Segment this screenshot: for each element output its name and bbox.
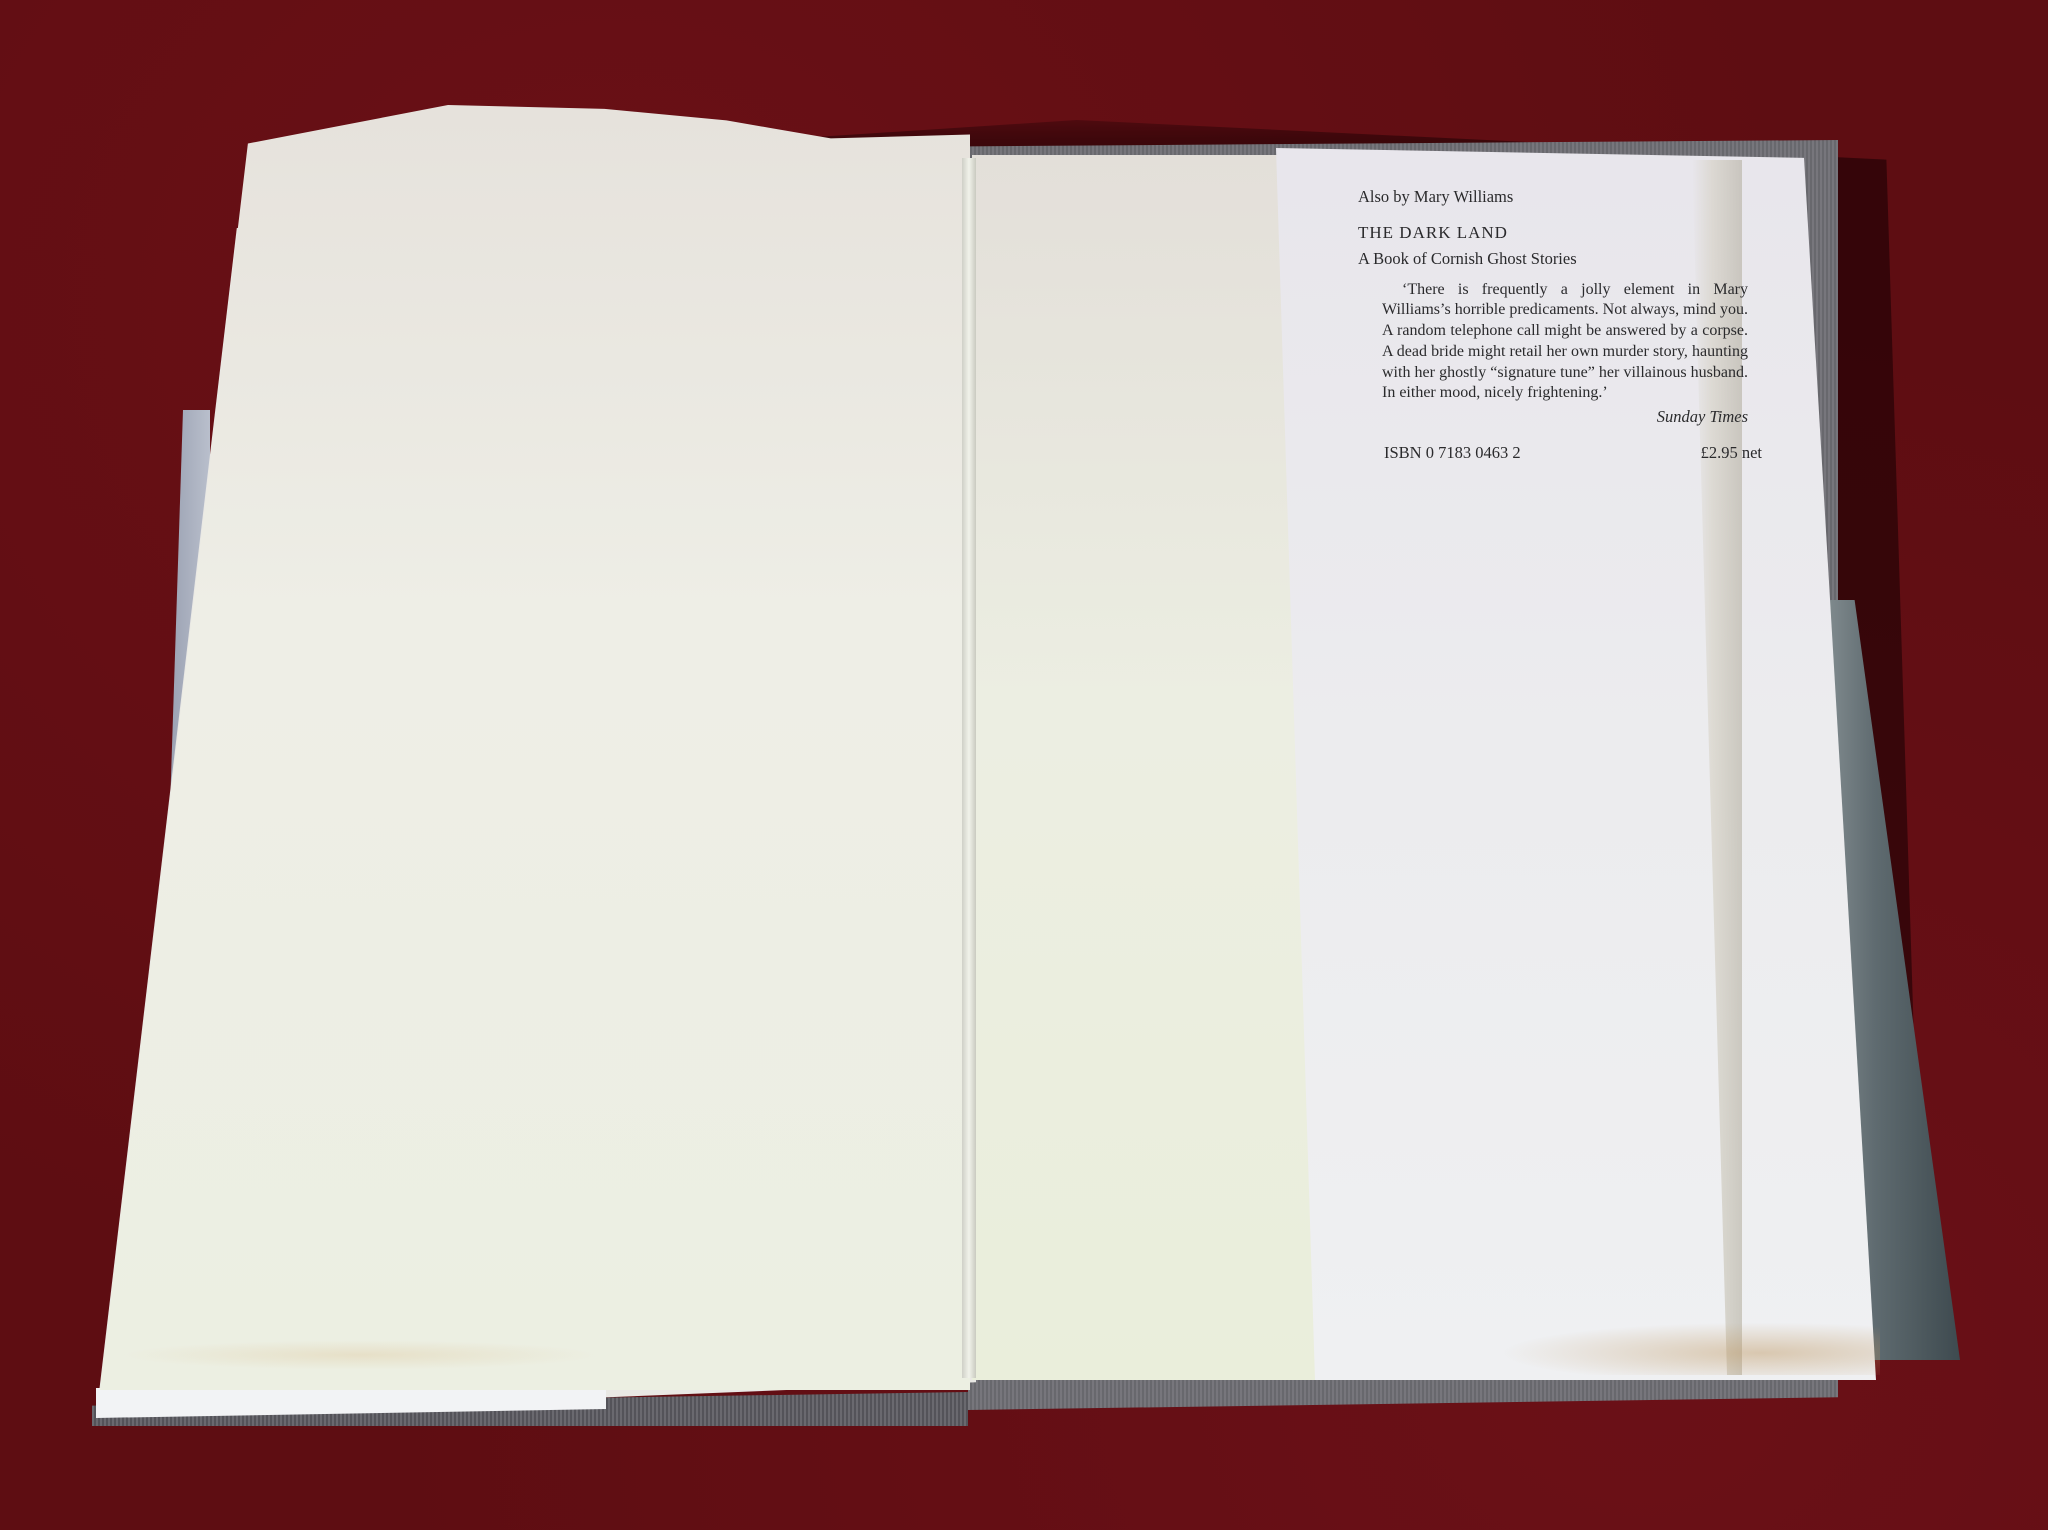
flap-text-block: Also by Mary Williams THE DARK LAND A Bo… — [1358, 186, 1736, 463]
book-title: THE DARK LAND — [1358, 222, 1736, 244]
book-gutter — [962, 158, 976, 1378]
left-page-foxing — [120, 1340, 600, 1370]
isbn-price-row: ISBN 0 7183 0463 2 £2.95 net — [1384, 442, 1762, 464]
price: £2.95 net — [1701, 442, 1762, 464]
review-quote: ‘There is frequently a jolly element in … — [1382, 280, 1748, 404]
isbn: ISBN 0 7183 0463 2 — [1384, 442, 1521, 464]
book-subtitle: A Book of Cornish Ghost Stories — [1358, 248, 1736, 270]
flap-foxing — [1480, 1320, 1880, 1375]
also-by-heading: Also by Mary Williams — [1358, 186, 1736, 208]
review-source: Sunday Times — [1358, 406, 1748, 428]
left-endpaper-page[interactable] — [100, 105, 970, 1390]
